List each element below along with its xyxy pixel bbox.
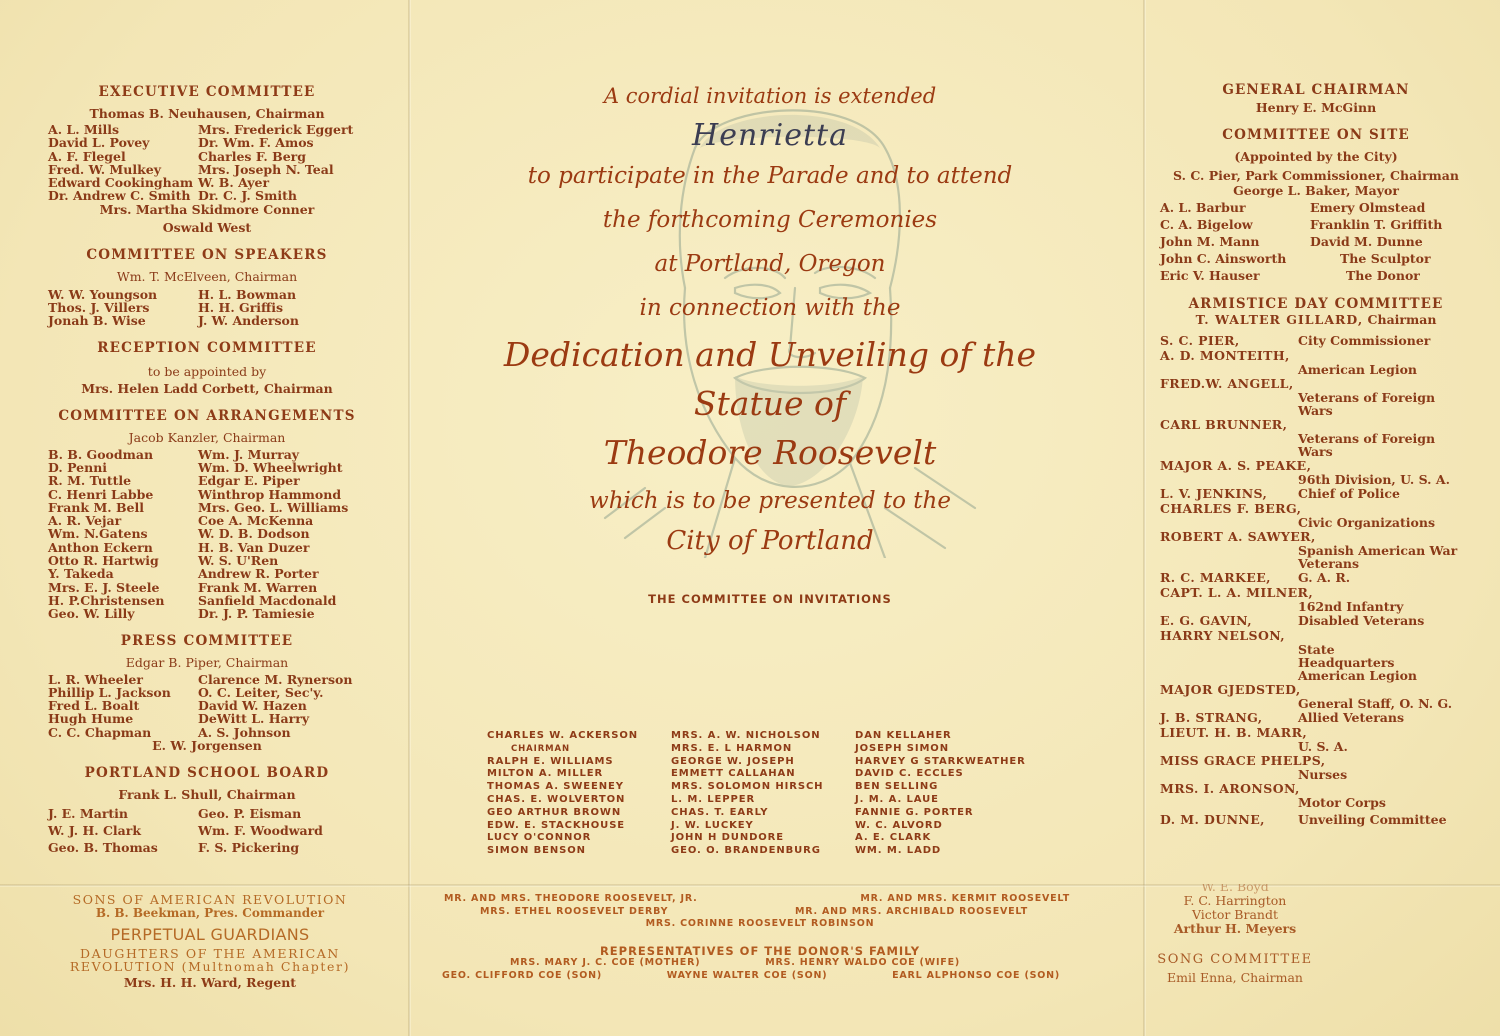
member: Phillip L. Jackson bbox=[48, 686, 198, 699]
armistice-member: E. G. GAVIN,Disabled Veterans bbox=[1160, 613, 1472, 628]
member: Mrs. Frederick Eggert bbox=[198, 123, 366, 136]
member: F. S. Pickering bbox=[198, 839, 366, 856]
member: A. S. Johnson bbox=[198, 726, 366, 739]
member: Geo. W. Lilly bbox=[48, 607, 198, 620]
armistice-member: CHARLES F. BERG,Civic Organizations bbox=[1160, 501, 1472, 529]
reception-chairman: Mrs. Helen Ladd Corbett, Chairman bbox=[48, 381, 366, 396]
section-title: EXECUTIVE COMMITTEE bbox=[48, 84, 366, 100]
member: D. Penni bbox=[48, 461, 198, 474]
armistice-member: R. C. MARKEE,G. A. R. bbox=[1160, 570, 1472, 585]
dar-line-2: REVOLUTION (Multnomah Chapter) bbox=[40, 960, 380, 973]
right-panel: GENERAL CHAIRMAN Henry E. McGinn COMMITT… bbox=[1160, 82, 1472, 827]
invitation-line-5: in connection with the bbox=[430, 295, 1110, 321]
armistice-member: FRED.W. ANGELL,Veterans of Foreign Wars bbox=[1160, 376, 1472, 417]
member: MRS. A. W. NICHOLSON bbox=[671, 730, 855, 743]
representative: WAYNE WALTER COE (SON) bbox=[667, 970, 828, 983]
member-name: LIEUT. H. B. MARR, bbox=[1160, 725, 1307, 740]
section-title: COMMITTEE ON ARRANGEMENTS bbox=[48, 408, 366, 424]
center-panel: A cordial invitation is extended Henriet… bbox=[430, 80, 1110, 606]
family-member: MR. AND MRS. THEODORE ROOSEVELT, JR. bbox=[444, 893, 698, 906]
member: Clarence M. Rynerson bbox=[198, 673, 366, 686]
member: EMMETT CALLAHAN bbox=[671, 768, 855, 781]
song-committee-title: SONG COMMITTEE bbox=[1150, 952, 1320, 967]
member: RALPH E. WILLIAMS bbox=[487, 756, 671, 769]
member: J. E. Martin bbox=[48, 805, 198, 822]
representatives-title: REPRESENTATIVES OF THE DONOR'S FAMILY bbox=[440, 945, 1080, 958]
member: Victor Brandt bbox=[1150, 908, 1320, 922]
member: Franklin T. Griffith bbox=[1310, 216, 1472, 233]
chairman: Frank L. Shull, Chairman bbox=[48, 787, 366, 802]
member: A. L. Barbur bbox=[1160, 199, 1310, 216]
member: B. B. Goodman bbox=[48, 448, 198, 461]
member: David M. Dunne bbox=[1310, 233, 1472, 250]
member: DAN KELLAHER bbox=[855, 730, 1039, 743]
invitation-line-8: Theodore Roosevelt bbox=[430, 433, 1110, 472]
member: Oswald West bbox=[48, 221, 366, 235]
invitation-line-2: to participate in the Parade and to atte… bbox=[430, 163, 1110, 189]
member: The Donor bbox=[1310, 267, 1472, 284]
member: Eric V. Hauser bbox=[1160, 267, 1310, 284]
invitations-column-1: CHARLES W. ACKERSON CHAIRMAN RALPH E. WI… bbox=[487, 730, 671, 858]
song-committee-chairman: Emil Enna, Chairman bbox=[1150, 970, 1320, 985]
armistice-member: MRS. I. ARONSON,Motor Corps bbox=[1160, 781, 1472, 809]
member-grid: J. E. MartinGeo. P. Eisman W. J. H. Clar… bbox=[48, 805, 366, 856]
member: J. M. A. LAUE bbox=[855, 794, 1039, 807]
member-name: MAJOR GJEDSTED, bbox=[1160, 682, 1301, 697]
member: JOSEPH SIMON bbox=[855, 743, 1039, 756]
member: Dr. Wm. F. Amos bbox=[198, 136, 366, 149]
member: Dr. C. J. Smith bbox=[198, 189, 366, 202]
member-role: Chief of Police bbox=[1298, 486, 1400, 501]
armistice-chairman: T. WALTER GILLARD, Chairman bbox=[1160, 312, 1472, 327]
member: Fred L. Boalt bbox=[48, 699, 198, 712]
member: Y. Takeda bbox=[48, 567, 198, 580]
member: GEORGE W. JOSEPH bbox=[671, 756, 855, 769]
member: A. F. Flegel bbox=[48, 150, 198, 163]
member: Sanfield Macdonald bbox=[198, 594, 366, 607]
member: Geo. P. Eisman bbox=[198, 805, 366, 822]
family-member: MRS. ETHEL ROOSEVELT DERBY bbox=[480, 906, 668, 919]
armistice-member: S. C. PIER,City Commissioner bbox=[1160, 333, 1472, 348]
member: John C. Ainsworth bbox=[1160, 250, 1310, 267]
invitation-line-7: Statue of bbox=[430, 384, 1110, 423]
section-title: PRESS COMMITTEE bbox=[48, 633, 366, 649]
member-role: Disabled Veterans bbox=[1298, 613, 1424, 628]
invitation-line-9: which is to be presented to the bbox=[430, 488, 1110, 514]
member-grid: L. R. WheelerClarence M. Rynerson Philli… bbox=[48, 673, 366, 739]
member-role: Motor Corps bbox=[1160, 796, 1472, 809]
sons-commander: B. B. Beekman, Pres. Commander bbox=[40, 906, 380, 920]
member: MILTON A. MILLER bbox=[487, 768, 671, 781]
member-name: MRS. I. ARONSON, bbox=[1160, 781, 1300, 796]
press-committee: PRESS COMMITTEE Edgar B. Piper, Chairman… bbox=[48, 633, 366, 753]
member: A. E. CLARK bbox=[855, 832, 1039, 845]
member: Wm. D. Wheelwright bbox=[198, 461, 366, 474]
member-role: U. S. A. bbox=[1160, 740, 1472, 753]
member-grid: W. W. YoungsonH. L. Bowman Thos. J. Vill… bbox=[48, 288, 366, 328]
member: H. B. Van Duzer bbox=[198, 541, 366, 554]
member-role: Spanish American War Veterans bbox=[1160, 544, 1468, 570]
member: Dr. J. P. Tamiesie bbox=[198, 607, 366, 620]
armistice-member: CAPT. L. A. MILNER,162nd Infantry bbox=[1160, 585, 1472, 613]
invitation-line-10: City of Portland bbox=[430, 526, 1110, 556]
handwritten-name: Henrietta bbox=[430, 118, 1110, 153]
member: GEO. O. BRANDENBURG bbox=[671, 845, 855, 858]
member-grid: A. L. MillsMrs. Frederick Eggert David L… bbox=[48, 123, 366, 203]
member: David L. Povey bbox=[48, 136, 198, 149]
member: Jonah B. Wise bbox=[48, 314, 198, 327]
member: Frank M. Warren bbox=[198, 581, 366, 594]
fold-line-left bbox=[408, 0, 411, 1036]
member-name: MISS GRACE PHELPS, bbox=[1160, 753, 1325, 768]
family-member: MRS. CORINNE ROOSEVELT ROBINSON bbox=[440, 918, 1080, 931]
member: THOMAS A. SWEENEY bbox=[487, 781, 671, 794]
member-name: CAPT. L. A. MILNER, bbox=[1160, 585, 1313, 600]
member-role: City Commissioner bbox=[1298, 333, 1430, 348]
member: L. M. LEPPER bbox=[671, 794, 855, 807]
chairman: Thomas B. Neuhausen, Chairman bbox=[48, 106, 366, 121]
member-role: General Staff, O. N. G. bbox=[1160, 697, 1472, 710]
member: JOHN H DUNDORE bbox=[671, 832, 855, 845]
member: DeWitt L. Harry bbox=[198, 712, 366, 725]
sons-title: SONS OF AMERICAN REVOLUTION bbox=[40, 893, 380, 906]
member: Geo. B. Thomas bbox=[48, 839, 198, 856]
armistice-title: ARMISTICE DAY COMMITTEE bbox=[1160, 296, 1472, 312]
armistice-member-list: S. C. PIER,City Commissioner A. D. MONTE… bbox=[1160, 333, 1472, 827]
member: Fred. W. Mulkey bbox=[48, 163, 198, 176]
site-committee-title: COMMITTEE ON SITE bbox=[1160, 127, 1472, 143]
member-name: R. C. MARKEE, bbox=[1160, 570, 1298, 585]
member: O. C. Leiter, Sec'y. bbox=[198, 686, 366, 699]
general-chairman-title: GENERAL CHAIRMAN bbox=[1160, 82, 1472, 98]
member: C. Henri Labbe bbox=[48, 488, 198, 501]
member: HARVEY G STARKWEATHER bbox=[855, 756, 1039, 769]
member: J. W. Anderson bbox=[198, 314, 366, 327]
member: Mrs. Geo. L. Williams bbox=[198, 501, 366, 514]
representative: MRS. HENRY WALDO COE (WIFE) bbox=[765, 957, 960, 970]
member: FANNIE G. PORTER bbox=[855, 807, 1039, 820]
armistice-member: L. V. JENKINS,Chief of Police bbox=[1160, 486, 1472, 501]
regent: Mrs. H. H. Ward, Regent bbox=[40, 975, 380, 990]
representative: EARL ALPHONSO COE (SON) bbox=[892, 970, 1060, 983]
member: W. E. Boyd bbox=[1150, 884, 1320, 894]
member: John M. Mann bbox=[1160, 233, 1310, 250]
chairman: Wm. T. McElveen, Chairman bbox=[48, 269, 366, 284]
member-name: MAJOR A. S. PEAKE, bbox=[1160, 458, 1311, 473]
member: C. A. Bigelow bbox=[1160, 216, 1310, 233]
rep-row-2: GEO. CLIFFORD COE (SON) WAYNE WALTER COE… bbox=[440, 970, 1080, 983]
member: J. W. LUCKEY bbox=[671, 820, 855, 833]
representative: MRS. MARY J. C. COE (MOTHER) bbox=[510, 957, 700, 970]
speakers-committee: COMMITTEE ON SPEAKERS Wm. T. McElveen, C… bbox=[48, 247, 366, 328]
member: A. R. Vejar bbox=[48, 514, 198, 527]
member: W. S. U'Ren bbox=[198, 554, 366, 567]
member: BEN SELLING bbox=[855, 781, 1039, 794]
member-role: State Headquarters American Legion bbox=[1160, 643, 1428, 682]
armistice-member: J. B. STRANG,Allied Veterans bbox=[1160, 710, 1472, 725]
member-role: 162nd Infantry bbox=[1160, 600, 1472, 613]
member: Winthrop Hammond bbox=[198, 488, 366, 501]
member: Wm. J. Murray bbox=[198, 448, 366, 461]
executive-committee: EXECUTIVE COMMITTEE Thomas B. Neuhausen,… bbox=[48, 84, 366, 235]
invitations-column-3: DAN KELLAHER JOSEPH SIMON HARVEY G STARK… bbox=[855, 730, 1039, 858]
member-grid: B. B. GoodmanWm. J. Murray D. PenniWm. D… bbox=[48, 448, 366, 621]
armistice-member: MAJOR GJEDSTED,General Staff, O. N. G. bbox=[1160, 682, 1472, 710]
member: Frank M. Bell bbox=[48, 501, 198, 514]
member: W. W. Youngson bbox=[48, 288, 198, 301]
representative: GEO. CLIFFORD COE (SON) bbox=[442, 970, 602, 983]
armistice-member: MISS GRACE PHELPS,Nurses bbox=[1160, 753, 1472, 781]
member-name: ROBERT A. SAWYER, bbox=[1160, 529, 1316, 544]
member-name: CARL BRUNNER, bbox=[1160, 417, 1298, 432]
member: C. C. Chapman bbox=[48, 726, 198, 739]
chairman-name: T. WALTER GILLARD, bbox=[1196, 312, 1364, 327]
member-name: A. D. MONTEITH, bbox=[1160, 348, 1298, 363]
invitation-line-1: A cordial invitation is extended bbox=[430, 84, 1110, 108]
site-chairman: S. C. Pier, Park Commissioner, Chairman bbox=[1160, 168, 1472, 183]
member: W. J. H. Clark bbox=[48, 822, 198, 839]
member: R. M. Tuttle bbox=[48, 474, 198, 487]
armistice-member: ROBERT A. SAWYER,Spanish American War Ve… bbox=[1160, 529, 1472, 570]
guardians-title: PERPETUAL GUARDIANS bbox=[40, 925, 380, 944]
member: Thos. J. Villers bbox=[48, 301, 198, 314]
member: Wm. F. Woodward bbox=[198, 822, 366, 839]
left-bottom-flap: SONS OF AMERICAN REVOLUTION B. B. Beekma… bbox=[40, 893, 380, 990]
member: A. L. Mills bbox=[48, 123, 198, 136]
family-member: MR. AND MRS. ARCHIBALD ROOSEVELT bbox=[795, 906, 1028, 919]
member: DAVID C. ECCLES bbox=[855, 768, 1039, 781]
site-mayor: George L. Baker, Mayor bbox=[1160, 183, 1472, 198]
member: Hugh Hume bbox=[48, 712, 198, 725]
member-name: D. M. DUNNE, bbox=[1160, 812, 1298, 827]
armistice-member: A. D. MONTEITH,American Legion bbox=[1160, 348, 1472, 376]
member-role: American Legion bbox=[1160, 363, 1472, 376]
family-member: MR. AND MRS. KERMIT ROOSEVELT bbox=[860, 893, 1070, 906]
member-role: Veterans of Foreign Wars bbox=[1160, 432, 1448, 458]
member-name: L. V. JENKINS, bbox=[1160, 486, 1298, 501]
member: L. R. Wheeler bbox=[48, 673, 198, 686]
section-title: RECEPTION COMMITTEE bbox=[48, 340, 366, 356]
member: Wm. N.Gatens bbox=[48, 527, 198, 540]
member-role: CHAIRMAN bbox=[487, 743, 671, 756]
member: F. C. Harrington bbox=[1150, 894, 1320, 908]
site-member-grid: A. L. BarburEmery Olmstead C. A. Bigelow… bbox=[1160, 199, 1472, 284]
member: Anthon Eckern bbox=[48, 541, 198, 554]
site-committee-subtitle: (Appointed by the City) bbox=[1160, 149, 1472, 164]
member-role: Civic Organizations bbox=[1160, 516, 1472, 529]
member-role: Veterans of Foreign Wars bbox=[1160, 391, 1448, 417]
member: W. C. ALVORD bbox=[855, 820, 1039, 833]
invitations-committee-title: THE COMMITTEE ON INVITATIONS bbox=[430, 592, 1110, 606]
member-name: S. C. PIER, bbox=[1160, 333, 1298, 348]
family-row-1: MR. AND MRS. THEODORE ROOSEVELT, JR. MR.… bbox=[440, 893, 1080, 906]
member: E. W. Jorgensen bbox=[48, 739, 366, 753]
armistice-member: D. M. DUNNE,Unveiling Committee bbox=[1160, 812, 1472, 827]
section-title: PORTLAND SCHOOL BOARD bbox=[48, 765, 366, 781]
chairman: Edgar B. Piper, Chairman bbox=[48, 655, 366, 670]
member: H. P.Christensen bbox=[48, 594, 198, 607]
member-name: FRED.W. ANGELL, bbox=[1160, 376, 1298, 391]
member: Mrs. Joseph N. Teal bbox=[198, 163, 366, 176]
left-panel: EXECUTIVE COMMITTEE Thomas B. Neuhausen,… bbox=[48, 84, 366, 868]
member: David W. Hazen bbox=[198, 699, 366, 712]
member: Otto R. Hartwig bbox=[48, 554, 198, 567]
member-name: CHARLES F. BERG, bbox=[1160, 501, 1301, 516]
member: CHAS. T. EARLY bbox=[671, 807, 855, 820]
member: GEO ARTHUR BROWN bbox=[487, 807, 671, 820]
member: Andrew R. Porter bbox=[198, 567, 366, 580]
member: SIMON BENSON bbox=[487, 845, 671, 858]
member: Dr. Andrew C. Smith bbox=[48, 189, 198, 202]
general-chairman-name: Henry E. McGinn bbox=[1160, 100, 1472, 115]
armistice-member: CARL BRUNNER,Veterans of Foreign Wars bbox=[1160, 417, 1472, 458]
chairman: Jacob Kanzler, Chairman bbox=[48, 430, 366, 445]
member: Mrs. Martha Skidmore Conner bbox=[48, 203, 366, 217]
member: CHARLES W. ACKERSON bbox=[487, 730, 671, 743]
section-title: COMMITTEE ON SPEAKERS bbox=[48, 247, 366, 263]
member: H. H. Griffis bbox=[198, 301, 366, 314]
member: Mrs. E. J. Steele bbox=[48, 581, 198, 594]
member: Arthur H. Meyers bbox=[1150, 922, 1320, 936]
fold-line-right bbox=[1143, 0, 1146, 1036]
member-role: 96th Division, U. S. A. bbox=[1160, 473, 1472, 486]
member-role: Nurses bbox=[1160, 768, 1472, 781]
member: The Sculptor bbox=[1310, 250, 1472, 267]
invitations-column-2: MRS. A. W. NICHOLSON MRS. E. L HARMON GE… bbox=[671, 730, 855, 858]
chairman-role: Chairman bbox=[1368, 312, 1437, 327]
arrangements-committee: COMMITTEE ON ARRANGEMENTS Jacob Kanzler,… bbox=[48, 408, 366, 621]
family-row-2: MRS. ETHEL ROOSEVELT DERBY MR. AND MRS. … bbox=[440, 906, 1080, 919]
reception-line: to be appointed by bbox=[48, 364, 366, 379]
member: Coe A. McKenna bbox=[198, 514, 366, 527]
member: MRS. SOLOMON HIRSCH bbox=[671, 781, 855, 794]
right-bottom-flap: W. E. Boyd F. C. Harrington Victor Brand… bbox=[1150, 884, 1320, 985]
center-bottom-flap: MR. AND MRS. THEODORE ROOSEVELT, JR. MR.… bbox=[440, 893, 1080, 982]
invitation-line-3: the forthcoming Ceremonies bbox=[430, 207, 1110, 233]
member: W. B. Ayer bbox=[198, 176, 366, 189]
school-board: PORTLAND SCHOOL BOARD Frank L. Shull, Ch… bbox=[48, 765, 366, 856]
armistice-member: HARRY NELSON,State Headquarters American… bbox=[1160, 628, 1472, 682]
member: Edward Cookingham bbox=[48, 176, 198, 189]
member: EDW. E. STACKHOUSE bbox=[487, 820, 671, 833]
member: Charles F. Berg bbox=[198, 150, 366, 163]
rep-row-1: MRS. MARY J. C. COE (MOTHER) MRS. HENRY … bbox=[440, 957, 1080, 970]
member: CHAS. E. WOLVERTON bbox=[487, 794, 671, 807]
member: MRS. E. L HARMON bbox=[671, 743, 855, 756]
armistice-member: MAJOR A. S. PEAKE,96th Division, U. S. A… bbox=[1160, 458, 1472, 486]
member: Emery Olmstead bbox=[1310, 199, 1472, 216]
invitation-line-6: Dedication and Unveiling of the bbox=[430, 335, 1110, 374]
member: Edgar E. Piper bbox=[198, 474, 366, 487]
invitation-line-4: at Portland, Oregon bbox=[430, 251, 1110, 277]
member-name: HARRY NELSON, bbox=[1160, 628, 1298, 643]
invitations-committee-list: CHARLES W. ACKERSON CHAIRMAN RALPH E. WI… bbox=[487, 730, 1039, 858]
member: H. L. Bowman bbox=[198, 288, 366, 301]
member: WM. M. LADD bbox=[855, 845, 1039, 858]
member: W. D. B. Dodson bbox=[198, 527, 366, 540]
reception-committee: RECEPTION COMMITTEE to be appointed by M… bbox=[48, 340, 366, 396]
member: LUCY O'CONNOR bbox=[487, 832, 671, 845]
member-role: G. A. R. bbox=[1298, 570, 1350, 585]
member-name: E. G. GAVIN, bbox=[1160, 613, 1298, 628]
member-role: Unveiling Committee bbox=[1298, 812, 1447, 827]
member-name: J. B. STRANG, bbox=[1160, 710, 1298, 725]
member-role: Allied Veterans bbox=[1298, 710, 1404, 725]
armistice-member: LIEUT. H. B. MARR,U. S. A. bbox=[1160, 725, 1472, 753]
